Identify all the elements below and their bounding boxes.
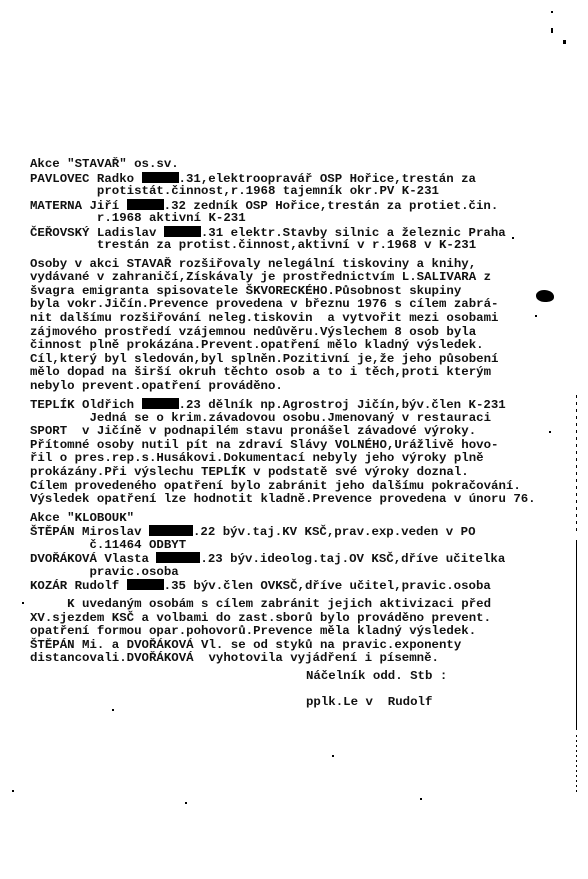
text-segment: nebylo prevent.opatření prováděno. xyxy=(30,379,283,393)
text-segment: Jedná se o krim.závadovou osobu.Jmenovan… xyxy=(30,411,491,425)
text-line: Cílem provedeného opatření bylo zabránit… xyxy=(30,480,536,494)
text-line: zájmového prostředí vzájemnou nedůvěru.V… xyxy=(30,326,536,340)
text-line: trestán za protist.činnost,aktivní v r.1… xyxy=(30,239,536,253)
text-line: Akce "STAVAŘ" os.sv. xyxy=(30,158,536,172)
text-segment: řil o pres.rep.s.Husákovi.Dokumentací ne… xyxy=(30,451,484,465)
text-segment: Výsledek opatření lze hodnotit kladně.Pr… xyxy=(30,492,536,506)
text-line: pravic.osoba xyxy=(30,566,536,580)
redaction-block xyxy=(142,398,179,409)
text-line: K uvedaným osobám s cílem zabránit jejic… xyxy=(30,598,536,612)
text-line: XV.sjezdem KSČ a volbami do zast.sborů b… xyxy=(30,612,536,626)
redaction-block xyxy=(156,552,200,563)
signature-title: Náčelník odd. Stb : xyxy=(306,669,447,683)
text-segment: Akce "STAVAŘ" os.sv. xyxy=(30,157,179,171)
text-segment: nit dalšímu rozšiřování neleg.tiskovin a… xyxy=(30,311,498,325)
text-segment: protistát.činnost,r.1968 tajemník okr.PV… xyxy=(30,184,439,198)
redaction-block xyxy=(149,525,193,536)
text-line: Cíl,který byl sledován,byl splněn.Poziti… xyxy=(30,353,536,367)
text-segment: opatření formou opar.pohovorů.Prevence m… xyxy=(30,624,476,638)
text-line: Přítomné osoby nutil pít na zdraví Slávy… xyxy=(30,439,536,453)
ink-blot xyxy=(536,290,554,302)
text-line: byla vokr.Jičín.Prevence provedena v bře… xyxy=(30,298,536,312)
text-line: č.11464 ODBYT xyxy=(30,539,536,553)
redaction-block xyxy=(164,226,201,237)
text-segment: Cíl,který byl sledován,byl splněn.Poziti… xyxy=(30,352,498,366)
text-segment: KOZÁR Rudolf xyxy=(30,579,127,593)
text-line: ČEŘOVSKÝ Ladislav .31 elektr.Stavby siln… xyxy=(30,226,536,240)
text-line: Osoby v akci STAVAŘ rozšiřovaly nelegáln… xyxy=(30,258,536,272)
text-segment: XV.sjezdem KSČ a volbami do zast.sborů b… xyxy=(30,611,491,625)
text-segment: distancovali.DVOŘÁKOVÁ vyhotovila vyjádř… xyxy=(30,651,439,665)
scan-speck xyxy=(185,802,187,804)
scan-speck xyxy=(549,431,551,433)
scan-speck xyxy=(551,28,553,33)
text-segment: Akce "KLOBOUK" xyxy=(30,511,134,525)
scan-speck xyxy=(535,315,537,317)
text-segment: trestán za protist.činnost,aktivní v r.1… xyxy=(30,238,476,252)
redaction-block xyxy=(127,579,164,590)
signature-name: pplk.Le v Rudolf xyxy=(306,695,432,709)
text-segment: SPORT v Jičíně v podnapilém stavu pronáš… xyxy=(30,424,476,438)
text-segment: vydávané v zahraničí,Získávaly je prostř… xyxy=(30,270,491,284)
text-segment: Osoby v akci STAVAŘ rozšiřovaly nelegáln… xyxy=(30,257,476,271)
text-line: KOZÁR Rudolf .35 býv.člen OVKSČ,dříve uč… xyxy=(30,579,536,593)
text-line: činnost plně prokázána.Prevent.opatření … xyxy=(30,339,536,353)
text-segment: K uvedaným osobám s cílem zabránit jejic… xyxy=(30,597,491,611)
text-line: MATERNA Jiří .32 zedník OSP Hořice,trest… xyxy=(30,199,536,213)
text-segment: činnost plně prokázána.Prevent.opatření … xyxy=(30,338,484,352)
text-segment: pravic.osoba xyxy=(30,565,179,579)
text-line: vydávané v zahraničí,Získávaly je prostř… xyxy=(30,271,536,285)
document-page: Akce "STAVAŘ" os.sv.PAVLOVEC Radko .31,e… xyxy=(0,0,588,879)
text-segment: byla vokr.Jičín.Prevence provedena v bře… xyxy=(30,297,498,311)
text-segment: .35 býv.člen OVKSČ,dříve učitel,pravic.o… xyxy=(164,579,491,593)
text-segment: .22 býv.taj.KV KSČ,prav.exp.veden v PO xyxy=(193,525,476,539)
text-line: r.1968 aktivní K-231 xyxy=(30,212,536,226)
scan-speck xyxy=(112,709,114,711)
text-line: distancovali.DVOŘÁKOVÁ vyhotovila vyjádř… xyxy=(30,652,536,666)
text-line: opatření formou opar.pohovorů.Prevence m… xyxy=(30,625,536,639)
text-line: nebylo prevent.opatření prováděno. xyxy=(30,380,536,394)
scan-speck xyxy=(332,755,334,757)
text-line: nit dalšímu rozšiřování neleg.tiskovin a… xyxy=(30,312,536,326)
text-line: protistát.činnost,r.1968 tajemník okr.PV… xyxy=(30,185,536,199)
text-segment: .23 býv.ideolog.taj.OV KSČ,dříve učitelk… xyxy=(200,552,505,566)
scan-speck xyxy=(420,798,422,800)
scan-speck xyxy=(551,11,553,13)
text-line: ŠTĚPÁN Miroslav .22 býv.taj.KV KSČ,prav.… xyxy=(30,525,536,539)
text-line: Výsledek opatření lze hodnotit kladně.Pr… xyxy=(30,493,536,507)
text-segment: ŠTĚPÁN Mi. a DVOŘÁKOVÁ Vl. se od styků n… xyxy=(30,638,461,652)
margin-line xyxy=(576,735,577,795)
text-line: DVOŘÁKOVÁ Vlasta .23 býv.ideolog.taj.OV … xyxy=(30,552,536,566)
document-body: Akce "STAVAŘ" os.sv.PAVLOVEC Radko .31,e… xyxy=(30,158,536,666)
text-line: TEPLÍK Oldřich .23 dělník np.Agrostroj J… xyxy=(30,398,536,412)
scan-speck xyxy=(512,237,514,239)
text-segment: prokázány.Při výslechu TEPLÍK v podstatě… xyxy=(30,465,469,479)
redaction-block xyxy=(142,172,179,183)
text-line: SPORT v Jičíně v podnapilém stavu pronáš… xyxy=(30,425,536,439)
text-line: prokázány.Při výslechu TEPLÍK v podstatě… xyxy=(30,466,536,480)
text-segment: r.1968 aktivní K-231 xyxy=(30,211,246,225)
scan-speck xyxy=(563,40,566,44)
text-line: mělo dopad na širší okruh těchto osob a … xyxy=(30,366,536,380)
text-line: řil o pres.rep.s.Husákovi.Dokumentací ne… xyxy=(30,452,536,466)
redaction-block xyxy=(127,199,164,210)
margin-line xyxy=(576,540,577,730)
text-segment: zájmového prostředí vzájemnou nedůvěru.V… xyxy=(30,325,476,339)
text-line: PAVLOVEC Radko .31,elektroopravář OSP Ho… xyxy=(30,172,536,186)
scan-speck xyxy=(22,602,24,604)
text-line: švagra emigranta spisovatele ŠKVORECKÉHO… xyxy=(30,285,536,299)
text-segment: švagra emigranta spisovatele ŠKVORECKÉHO… xyxy=(30,284,461,298)
text-line: Jedná se o krim.závadovou osobu.Jmenovan… xyxy=(30,412,536,426)
text-segment: Cílem provedeného opatření bylo zabránit… xyxy=(30,479,521,493)
scan-speck xyxy=(12,790,14,792)
text-line: Akce "KLOBOUK" xyxy=(30,512,536,526)
text-segment: Přítomné osoby nutil pít na zdraví Slávy… xyxy=(30,438,498,452)
margin-line xyxy=(576,395,577,535)
text-segment: č.11464 ODBYT xyxy=(30,538,186,552)
text-segment: mělo dopad na širší okruh těchto osob a … xyxy=(30,365,491,379)
